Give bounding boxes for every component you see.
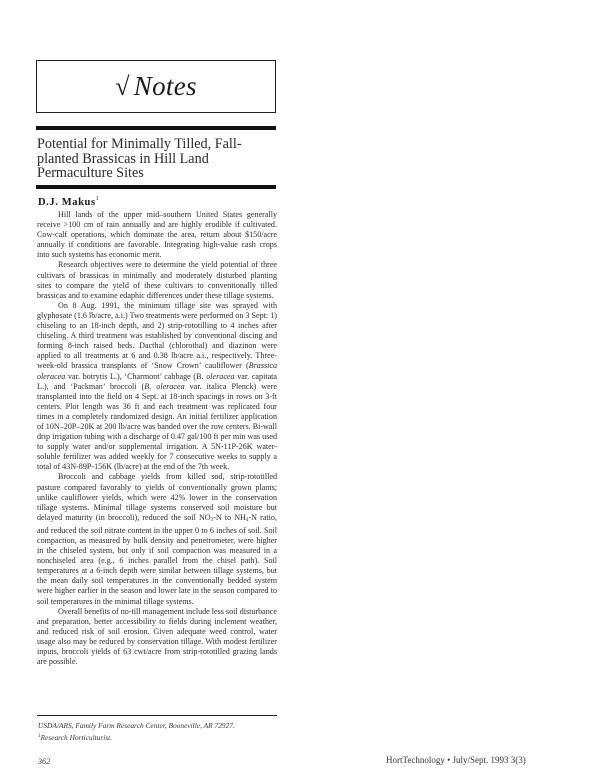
paragraph-4: Broccoli and cabbage yields from killed … bbox=[37, 472, 277, 606]
text-run: -N ratio, and reduced the soil nitrate c… bbox=[37, 513, 277, 606]
author-name: D.J. Makus bbox=[38, 197, 96, 208]
footnotes: USDA/ARS, Family Farm Research Center, B… bbox=[38, 720, 278, 743]
text-run: var. italica Plenck) were transplanted i… bbox=[37, 382, 277, 472]
notes-section-box: √Notes bbox=[36, 60, 276, 113]
footnote-author-title: 1Research Horticulturist. bbox=[38, 731, 278, 743]
species-name: B. oleracea bbox=[144, 382, 184, 391]
species-name: oleracea bbox=[206, 372, 234, 381]
title-bottom-rule bbox=[36, 185, 276, 189]
footnote-rule bbox=[37, 715, 277, 716]
author-footnote-mark: 1 bbox=[96, 196, 100, 202]
article-body: Hill lands of the upper mid–southern Uni… bbox=[37, 210, 277, 667]
footnote-text: Research Horticulturist. bbox=[41, 733, 113, 742]
author-byline: D.J. Makus1 bbox=[38, 196, 99, 208]
paragraph-1: Hill lands of the upper mid–southern Uni… bbox=[37, 210, 277, 260]
notes-section-title: √Notes bbox=[115, 71, 197, 102]
paragraph-2: Research objectives were to determine th… bbox=[37, 260, 277, 300]
text-run: var. botrytis L.), ‘Charmont’ cabbage (B… bbox=[65, 372, 206, 381]
article-title: Potential for Minimally Tilled, Fall-pla… bbox=[37, 137, 277, 181]
journal-citation: HortTechnology • July/Sept. 1993 3(3) bbox=[386, 755, 526, 765]
check-radical-icon: √ bbox=[115, 72, 130, 101]
notes-label: Notes bbox=[134, 71, 197, 101]
paragraph-5: Overall benefits of no-till management i… bbox=[37, 607, 277, 668]
footnote-affiliation: USDA/ARS, Family Farm Research Center, B… bbox=[38, 720, 278, 731]
title-top-rule bbox=[36, 126, 276, 130]
page-number: 362 bbox=[38, 757, 50, 766]
text-run: -N to NH bbox=[213, 513, 246, 522]
text-run: On 8 Aug. 1991, the minimum tillage site… bbox=[37, 301, 277, 371]
paragraph-3: On 8 Aug. 1991, the minimum tillage site… bbox=[37, 301, 277, 473]
